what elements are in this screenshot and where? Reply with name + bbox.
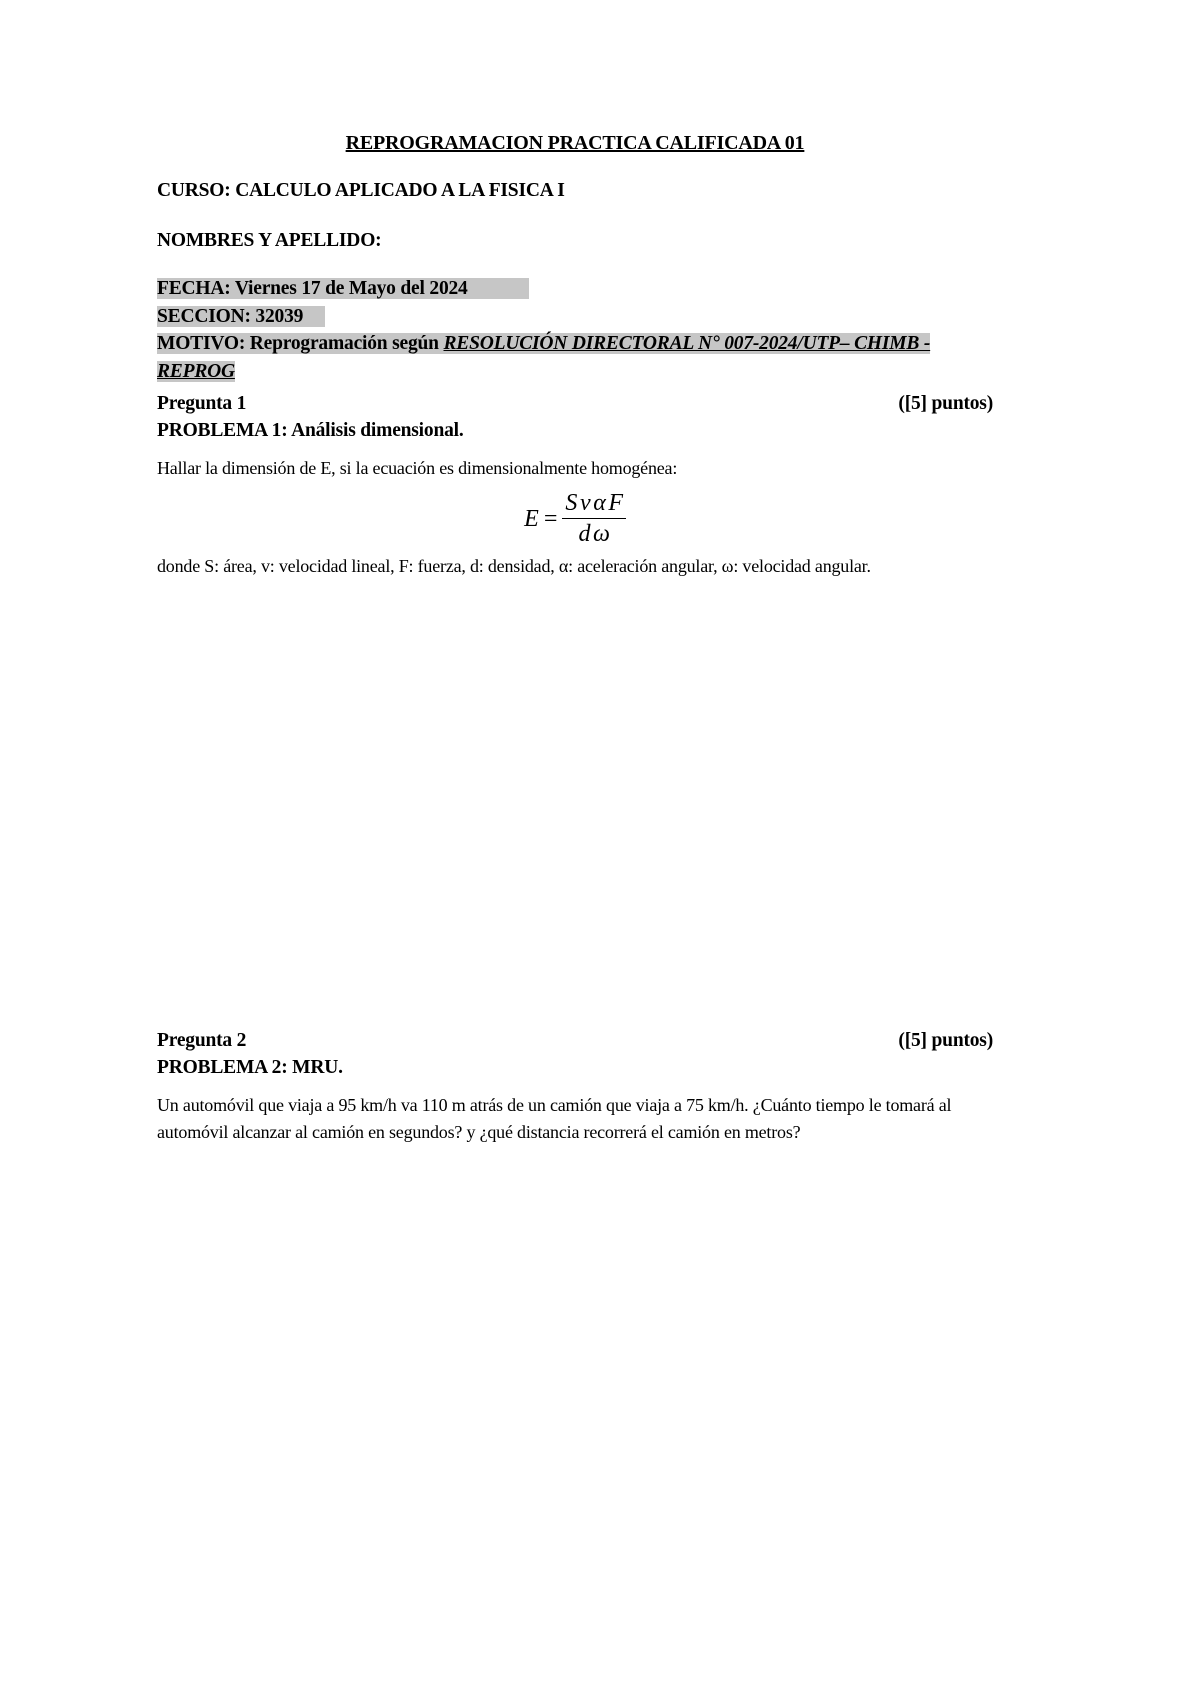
problem-2-title: PROBLEMA 2: MRU.	[157, 1054, 993, 1081]
seccion-highlighted-text: SECCION: 32039	[157, 306, 325, 327]
course-line: CURSO: CALCULO APLICADO A LA FISICA I	[157, 177, 993, 204]
fecha-highlighted-text: FECHA: Viernes 17 de Mayo del 2024	[157, 278, 529, 299]
exam-meta-block: FECHA: Viernes 17 de Mayo del 2024 SECCI…	[157, 275, 993, 385]
motivo-prefix-text: MOTIVO: Reprogramación según	[157, 333, 443, 354]
equation-denominator: d ω	[562, 518, 626, 549]
question-1-header: Pregunta 1 ([5] puntos)	[157, 390, 993, 417]
question-1-points: ([5] puntos)	[898, 390, 993, 417]
equation-fraction: S v α Fd ω	[562, 488, 626, 549]
problem-1-title: PROBLEMA 1: Análisis dimensional.	[157, 417, 993, 444]
seccion-line: SECCION: 32039	[157, 303, 993, 331]
fecha-line: FECHA: Viernes 17 de Mayo del 2024	[157, 275, 993, 303]
motivo-line: MOTIVO: Reprogramación según RESOLUCIÓN …	[157, 330, 993, 358]
names-line: NOMBRES Y APELLIDO:	[157, 227, 993, 254]
document-title-text: REPROGRAMACION PRACTICA CALIFICADA 01	[346, 132, 805, 154]
problem-2-statement: Un automóvil que viaja a 95 km/h va 110 …	[157, 1092, 993, 1146]
question-2-header: Pregunta 2 ([5] puntos)	[157, 1027, 993, 1054]
question-2-label: Pregunta 2	[157, 1027, 246, 1054]
problem-1-equation: E =S v α Fd ω	[157, 488, 993, 549]
exam-document-page: REPROGRAMACION PRACTICA CALIFICADA 01 CU…	[0, 0, 1200, 1696]
motivo-resolution-text: RESOLUCIÓN DIRECTORAL N° 007-2024/UTP– C…	[443, 333, 930, 354]
question-1-label: Pregunta 1	[157, 390, 246, 417]
motivo-line-continued: REPROG	[157, 358, 993, 386]
problem-1-variable-legend: donde S: área, v: velocidad lineal, F: f…	[157, 553, 993, 580]
equation-lhs: E =	[524, 504, 558, 534]
problem-1-statement: Hallar la dimensión de E, si la ecuación…	[157, 455, 993, 482]
question-2-points: ([5] puntos)	[898, 1027, 993, 1054]
equation-numerator: S v α F	[562, 488, 626, 518]
motivo-resolution-continued-text: REPROG	[157, 361, 235, 382]
document-title: REPROGRAMACION PRACTICA CALIFICADA 01	[157, 130, 993, 157]
